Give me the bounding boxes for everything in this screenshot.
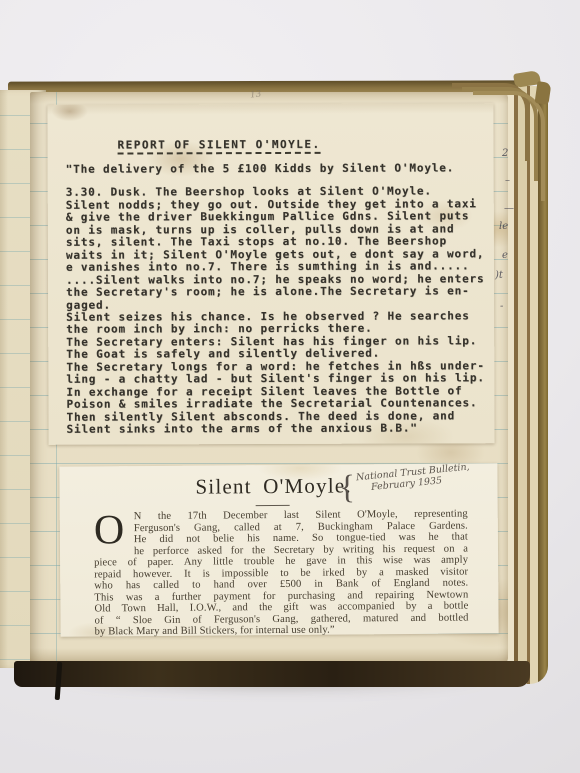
report-title: REPORT OF SILENT O'MOYLE.	[118, 137, 488, 151]
pencil-page-number: 13	[250, 89, 262, 100]
typed-line: the Secretary's room; he is alone.The Se…	[66, 285, 488, 299]
report-title-text: REPORT OF SILENT O'MOYLE.	[118, 138, 321, 155]
fore-edge-ink-mark: e	[502, 250, 508, 261]
fore-edge-ink-mark: le	[499, 221, 508, 232]
typed-report-text: REPORT OF SILENT O'MOYLE. "The delivery …	[47, 103, 494, 436]
report-body: 3.30. Dusk. The Beershop looks at Silent…	[66, 186, 489, 437]
typed-report-sheet: REPORT OF SILENT O'MOYLE. "The delivery …	[47, 103, 494, 445]
fore-edge-ink-mark: –	[505, 175, 510, 186]
fore-edge-ink-mark: —	[504, 203, 514, 214]
clipping-body: O N the 17th December last Silent O'Moyl…	[94, 509, 469, 638]
typed-line: Silent sinks into the arms of the anxiou…	[67, 422, 489, 436]
frayed-cloth-corner	[535, 81, 552, 105]
fore-edge-ink-mark: -	[500, 301, 503, 312]
fore-edge-ink-mark: )t	[495, 270, 503, 281]
title-rule	[256, 505, 290, 506]
news-clipping: Silent O'Moyle. { National Trust Bulleti…	[59, 463, 498, 636]
clipping-title: Silent O'Moyle.	[195, 473, 351, 499]
fore-edge-ink-mark: 2	[502, 148, 508, 159]
handwritten-source-annotation: National Trust Bulletin, February 1935	[356, 462, 471, 495]
book-bottom-cover-edge	[14, 661, 530, 687]
drop-cap: O	[94, 513, 128, 547]
handwritten-brace: {	[339, 467, 355, 506]
scrapbook-photo: 13 REPORT OF SILENT O'MOYLE. "The delive…	[0, 0, 580, 773]
report-subtitle: "The delivery of the 5 £100 Kidds by Sil…	[66, 162, 488, 176]
